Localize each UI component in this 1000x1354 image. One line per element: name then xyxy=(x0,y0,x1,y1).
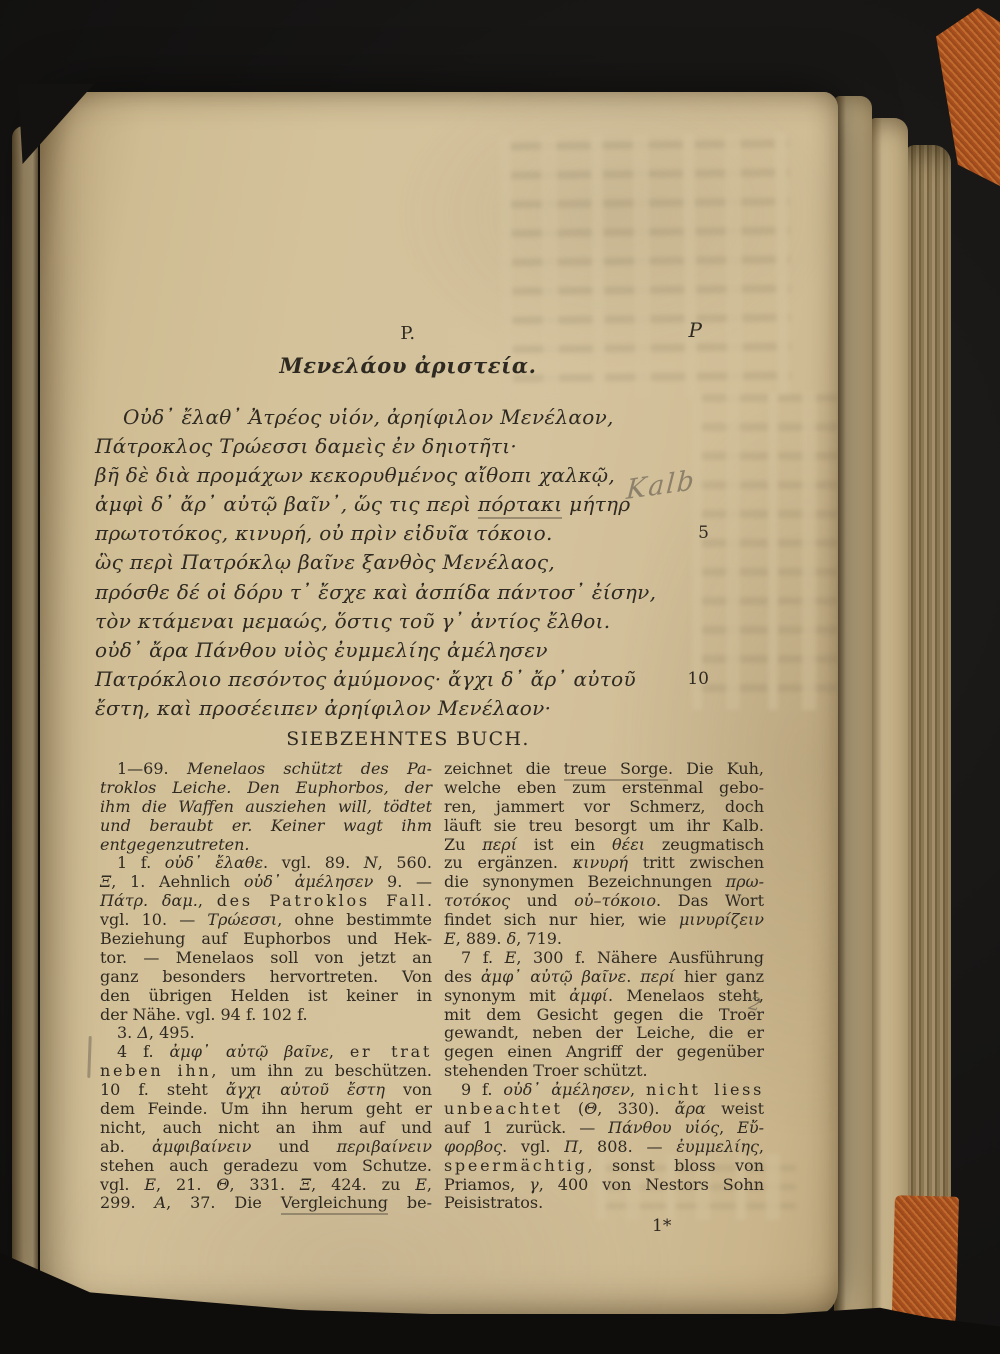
text-segment: 299. xyxy=(100,1193,155,1212)
text-segment: A xyxy=(155,1193,167,1212)
text-segment: φορβος xyxy=(444,1137,502,1156)
text-segment: 9. — xyxy=(373,872,432,891)
text-line: stehen auch geradezu vom Schutze. xyxy=(100,1157,432,1176)
text-segment: , 21. xyxy=(156,1175,216,1194)
text-segment: der Nähe. vgl. 94 f. 102 f. xyxy=(100,1005,308,1024)
text-segment: Πάνθου υἱός xyxy=(608,1118,719,1137)
book-letter-right: P xyxy=(689,318,702,342)
text-line: mit dem Gesicht gegen die Troer xyxy=(444,1006,764,1025)
text-segment: ἔστη, καὶ προσέειπεν ἀρηίφιλον Μενέλαον· xyxy=(95,696,551,720)
running-head: P. P xyxy=(100,323,716,344)
text-segment: ren, jammert vor Schmerz, doch xyxy=(444,797,764,816)
text-line: Πάτρ. δαμ., des Patroklos Fall. xyxy=(100,892,432,911)
text-segment: μινυρίζειν xyxy=(679,910,764,929)
text-segment: unbeachtet xyxy=(444,1099,563,1118)
text-segment: hier ganz xyxy=(675,967,764,986)
text-segment: tritt zwischen xyxy=(628,853,764,872)
text-line: findet sich nur hier, wie μινυρίζειν xyxy=(444,911,764,930)
text-line: οὐδ᾽ ἄρα Πάνθου υἱὸς ἐυμμελίης ἀμέλησεν xyxy=(95,636,715,665)
text-line: ab. ἀμφιβαίνειν und περιβαίνειν xyxy=(100,1138,432,1157)
text-segment: welche eben zum erstenmal gebo- xyxy=(444,778,764,797)
text-line: speermächtig, sonst bloss von xyxy=(444,1157,764,1176)
text-segment: nicht liess xyxy=(646,1080,764,1099)
book-letter-center: P. xyxy=(100,323,716,344)
text-line: troklos Leiche. Den Euphorbos, der xyxy=(100,779,432,798)
text-segment: . Die Kuh, xyxy=(668,759,764,778)
text-line: zeichnet die treue Sorge. Die Kuh, xyxy=(444,760,764,779)
text-line: ἔστη, καὶ προσέειπεν ἀρηίφιλον Μενέλαον· xyxy=(95,694,715,723)
book-page: P. P Μενελάου ἀριστεία. Οὐδ᾽ ἔλαθ᾽ Ἀτρέο… xyxy=(40,92,838,1314)
text-segment: . Das Wort xyxy=(656,891,764,910)
text-segment: , xyxy=(719,1118,737,1137)
text-segment: weist xyxy=(706,1099,764,1118)
text-line: ἀμφὶ δ᾽ ἄρ᾽ αὐτῷ βαῖν᾽, ὥς τις περὶ πόρτ… xyxy=(95,490,715,519)
text-segment: περί xyxy=(640,967,675,986)
text-line: ren, jammert vor Schmerz, doch xyxy=(444,798,764,817)
text-segment: die synonymen Bezeichnungen xyxy=(444,872,726,891)
commentary-left-column: 1—69. Menelaos schützt des Pa-troklos Le… xyxy=(100,760,432,1213)
greek-verse-block: Οὐδ᾽ ἔλαθ᾽ Ἀτρέος υἱόν, ἀρηίφιλον Μενέλα… xyxy=(95,403,715,723)
text-line: Πατρόκλοιο πεσόντος ἀμύμονος· ἄγχι δ᾽ ἄρ… xyxy=(95,665,715,694)
text-line: Πάτροκλος Τρώεσσι δαμεὶς ἐν δηιοτῆτι· xyxy=(95,432,715,461)
page-stack-fore-edge xyxy=(905,145,951,1350)
poem-title: Μενελάου ἀριστεία. xyxy=(100,353,716,378)
text-line: Ξ, 1. Aehnlich οὐδ᾽ ἀμέλησεν 9. — xyxy=(100,873,432,892)
text-segment: speermächtig xyxy=(444,1156,587,1175)
text-segment: οὐδ᾽ ἀμέλησεν xyxy=(244,872,373,891)
text-segment: , xyxy=(198,891,217,910)
text-segment: des Patroklos Fall xyxy=(217,891,427,910)
text-line: 1 f. οὐδ᾽ ἔλαθε. vgl. 89. N, 560. xyxy=(100,854,432,873)
text-segment: τὸν κτάμεναι μεμαώς, ὅστις τοῦ γ᾽ ἀντίος… xyxy=(95,609,610,633)
text-segment: Peisistratos. xyxy=(444,1193,543,1212)
text-segment: , 560. xyxy=(378,853,432,872)
text-segment: Οὐδ᾽ ἔλαθ᾽ Ἀτρέος υἱόν, ἀρηίφιλον Μενέλα… xyxy=(123,405,614,429)
text-segment: mit dem Gesicht gegen die Troer xyxy=(444,1005,764,1024)
text-line: Οὐδ᾽ ἔλαθ᾽ Ἀτρέος υἱόν, ἀρηίφιλον Μενέλα… xyxy=(95,403,715,432)
text-line: ganz besonders hervortreten. Von xyxy=(100,968,432,987)
text-segment: 9 f. xyxy=(461,1080,503,1099)
text-line: ὣς περὶ Πατρόκλῳ βαῖνε ξανθὸς Μενέλαος, xyxy=(95,548,715,577)
text-segment: Π xyxy=(564,1137,578,1156)
text-segment: zu ergänzen. xyxy=(444,853,573,872)
text-segment: ganz besonders hervortreten. Von xyxy=(100,967,432,986)
text-line: τοτόκος und οὐ–τόκοιο. Das Wort xyxy=(444,892,764,911)
text-line: zu ergänzen. κινυρή tritt zwischen xyxy=(444,854,764,873)
text-line: 9 f. οὐδ᾽ ἀμέλησεν, nicht liess xyxy=(444,1081,764,1100)
text-segment: E xyxy=(505,948,517,967)
text-line: gewandt, neben der Leiche, die er xyxy=(444,1024,764,1043)
text-segment: 1 f. xyxy=(117,853,165,872)
text-segment: läuft sie treu besorgt um ihr Kalb. xyxy=(444,816,764,835)
left-page-edge xyxy=(12,126,38,1298)
text-line: 4 f. ἀμφ᾽ αὐτῷ βαῖνε, er trat xyxy=(100,1043,432,1062)
text-segment: vgl. xyxy=(100,1175,144,1194)
pencil-margin-stroke xyxy=(87,1036,91,1078)
text-segment: Beziehung auf Euphorbos und Hek- xyxy=(100,929,432,948)
text-segment: πρω- xyxy=(726,872,764,891)
text-segment: οὐ–τόκοιο xyxy=(574,891,656,910)
text-segment: ἀμφ᾽ αὐτῷ βαῖνε xyxy=(481,967,626,986)
text-segment: , sonst bloss von xyxy=(587,1156,764,1175)
text-segment: , 330). xyxy=(597,1099,675,1118)
text-segment: , 400 von Nestors Sohn xyxy=(539,1175,764,1194)
text-line: nicht, auch nicht an ihm auf und xyxy=(100,1119,432,1138)
text-segment: zeichnet die xyxy=(444,759,564,778)
text-segment: , 331. xyxy=(229,1175,299,1194)
text-segment: ἐυμμελίης xyxy=(676,1137,759,1156)
text-line: 3. Δ, 495. xyxy=(100,1024,432,1043)
text-segment: Εὔ- xyxy=(737,1118,764,1137)
text-segment: περί xyxy=(482,835,517,854)
text-segment: und xyxy=(251,1137,336,1156)
text-segment: ἄγχι αὐτοῦ ἔστη xyxy=(226,1080,385,1099)
text-segment: θέει xyxy=(612,835,645,854)
text-segment: be- xyxy=(388,1193,432,1212)
text-line: synonym mit ἀμφί. Menelaos steht, xyxy=(444,987,764,1006)
text-line: Peisistratos. xyxy=(444,1194,764,1213)
text-segment: τοτόκος xyxy=(444,891,510,910)
text-segment: , 808. — xyxy=(578,1137,676,1156)
text-segment: neben ihn, xyxy=(100,1061,219,1080)
text-segment: 3. xyxy=(117,1023,137,1042)
text-line: E, 889. δ, 719. xyxy=(444,930,764,949)
text-segment: vgl. 10. — xyxy=(100,910,207,929)
text-segment: gewandt, neben der Leiche, die er xyxy=(444,1023,764,1042)
text-segment: περιβαίνειν xyxy=(337,1137,432,1156)
text-segment: κινυρή xyxy=(573,853,628,872)
text-line: die synonymen Bezeichnungen πρω- xyxy=(444,873,764,892)
text-segment: synonym mit xyxy=(444,986,569,1005)
text-segment: troklos Leiche. Den Euphorbos, der xyxy=(100,778,432,797)
section-heading: SIEBZEHNTES BUCH. xyxy=(100,728,716,750)
text-line: 299. A, 37. Die Vergleichung be- xyxy=(100,1194,432,1213)
text-segment: auf 1 zurück. — xyxy=(444,1118,608,1137)
text-segment: und xyxy=(510,891,574,910)
text-segment: 4 f. xyxy=(117,1042,169,1061)
text-segment: ἄρα xyxy=(675,1099,706,1118)
text-segment: ist ein xyxy=(517,835,612,854)
text-segment: βῆ δὲ διὰ προμάχων κεκορυθμένος αἴθοπι χ… xyxy=(95,463,615,487)
text-line: entgegenzutreten. xyxy=(100,836,432,855)
text-segment: μήτηρ xyxy=(562,492,630,516)
text-line: Priamos, γ, 400 von Nestors Sohn xyxy=(444,1176,764,1195)
text-line: πρόσθε δέ οἱ δόρυ τ᾽ ἔσχε καὶ ἀσπίδα πάν… xyxy=(95,578,715,607)
text-segment: δ xyxy=(507,929,517,948)
text-line: der Nähe. vgl. 94 f. 102 f. xyxy=(100,1006,432,1025)
text-segment: 1—69. xyxy=(117,759,187,778)
text-segment: und beraubt er. Keiner wagt ihm xyxy=(100,816,432,835)
text-line: 1—69. Menelaos schützt des Pa- xyxy=(100,760,432,779)
text-segment: οὐδ᾽ ἄρα Πάνθου υἱὸς ἐυμμελίης ἀμέλησεν xyxy=(95,638,548,662)
text-segment: πρωτοτόκος, κινυρή, οὐ πρὶν εἰδυῖα τόκοι… xyxy=(95,521,553,545)
text-segment: Priamos, xyxy=(444,1175,529,1194)
text-line: stehenden Troer schützt. xyxy=(444,1062,764,1081)
text-segment: gegen einen Angriff der gegenüber xyxy=(444,1042,764,1061)
text-segment: ὣς περὶ Πατρόκλῳ βαῖνε ξανθὸς Μενέλαος, xyxy=(95,550,555,574)
text-segment: Τρώεσσι xyxy=(207,910,277,929)
text-segment: οὐδ᾽ ἀμέλησεν xyxy=(503,1080,630,1099)
text-segment: nicht, auch nicht an ihm auf und xyxy=(100,1118,432,1137)
text-segment: findet sich nur hier, wie xyxy=(444,910,679,929)
text-segment: ἀμφιβαίνειν xyxy=(152,1137,251,1156)
text-segment: ihm die Waffen ausziehen will, tödtet xyxy=(100,797,432,816)
sheet-signature: 1* xyxy=(652,1216,671,1236)
text-line: Zu περί ist ein θέει zeugmatisch xyxy=(444,836,764,855)
text-segment: ἀμφ᾽ αὐτῷ βαῖνε xyxy=(169,1042,328,1061)
text-segment: entgegenzutreten. xyxy=(100,835,250,854)
text-line: des ἀμφ᾽ αὐτῷ βαῖνε. περί hier ganz xyxy=(444,968,764,987)
text-segment: . xyxy=(427,891,432,910)
text-segment: ἀμφί xyxy=(569,986,608,1005)
text-line: gegen einen Angriff der gegenüber xyxy=(444,1043,764,1062)
text-segment: E xyxy=(444,929,456,948)
text-segment: 7 f. xyxy=(461,948,505,967)
text-segment: Ξ xyxy=(300,1175,311,1194)
text-segment: . xyxy=(626,967,640,986)
text-line: 10 f. steht ἄγχι αὐτοῦ ἔστη von xyxy=(100,1081,432,1100)
text-segment: N xyxy=(364,853,378,872)
text-line: βῆ δὲ διὰ προμάχων κεκορυθμένος αἴθοπι χ… xyxy=(95,461,715,490)
book-photo: P. P Μενελάου ἀριστεία. Οὐδ᾽ ἔλαθ᾽ Ἀτρέο… xyxy=(0,0,1000,1354)
text-line: läuft sie treu besorgt um ihr Kalb. xyxy=(444,817,764,836)
text-line: vgl. 10. — Τρώεσσι, ohne bestimmte xyxy=(100,911,432,930)
text-line: vgl. E, 21. Θ, 331. Ξ, 424. zu E, xyxy=(100,1176,432,1195)
text-line: auf 1 zurück. — Πάνθου υἱός, Εὔ- xyxy=(444,1119,764,1138)
text-segment: , xyxy=(759,1137,764,1156)
text-segment: , 1. Aehnlich xyxy=(111,872,244,891)
text-segment: , ohne bestimmte xyxy=(277,910,432,929)
text-segment: Πάτρ. δαμ. xyxy=(100,891,198,910)
text-segment: . Menelaos steht, xyxy=(608,986,764,1005)
page-stack-edge-outer xyxy=(868,118,908,1346)
text-segment: Ξ xyxy=(100,872,111,891)
text-segment: er trat xyxy=(350,1042,432,1061)
text-line: Beziehung auf Euphorbos und Hek- xyxy=(100,930,432,949)
text-line: τὸν κτάμεναι μεμαώς, ὅστις τοῦ γ᾽ ἀντίος… xyxy=(95,607,715,636)
text-line: unbeachtet (Θ, 330). ἄρα weist xyxy=(444,1100,764,1119)
text-segment: , xyxy=(427,1175,432,1194)
text-segment: Πατρόκλοιο πεσόντος ἀμύμονος· ἄγχι δ᾽ ἄρ… xyxy=(95,667,636,691)
text-segment: , xyxy=(329,1042,350,1061)
text-segment: 10 f. steht xyxy=(100,1080,226,1099)
text-segment: den übrigen Helden ist keiner in xyxy=(100,986,432,1005)
text-segment: , 889. xyxy=(456,929,507,948)
text-line: πρωτοτόκος, κινυρή, οὐ πρὶν εἰδυῖα τόκοι… xyxy=(95,519,715,548)
text-segment: stehenden Troer schützt. xyxy=(444,1061,648,1080)
text-segment: , 424. zu xyxy=(311,1175,415,1194)
text-segment: Πάτροκλος Τρώεσσι δαμεὶς ἐν δηιοτῆτι· xyxy=(95,434,517,458)
text-segment: πρόσθε δέ οἱ δόρυ τ᾽ ἔσχε καὶ ἀσπίδα πάν… xyxy=(95,580,656,604)
text-line: φορβος. vgl. Π, 808. — ἐυμμελίης, xyxy=(444,1138,764,1157)
text-segment: ( xyxy=(563,1099,585,1118)
text-segment: des xyxy=(444,967,481,986)
text-segment: , 719. xyxy=(516,929,562,948)
text-segment: Θ xyxy=(216,1175,229,1194)
verse-line-number: 10 xyxy=(687,665,709,694)
text-segment: dem Feinde. Um ihn herum geht er xyxy=(100,1099,432,1118)
pencil-underlined-text: πόρτακι xyxy=(478,492,563,519)
text-segment: von xyxy=(385,1080,432,1099)
text-segment: , 300 f. Nähere Ausführung xyxy=(516,948,764,967)
text-line: welche eben zum erstenmal gebo- xyxy=(444,779,764,798)
text-segment: ab. xyxy=(100,1137,152,1156)
text-line: und beraubt er. Keiner wagt ihm xyxy=(100,817,432,836)
text-line: neben ihn, um ihn zu beschützen. xyxy=(100,1062,432,1081)
text-segment: Θ xyxy=(584,1099,597,1118)
text-segment: . vgl. xyxy=(502,1137,564,1156)
text-segment: E xyxy=(415,1175,427,1194)
text-segment: Menelaos schützt des Pa- xyxy=(187,759,432,778)
text-segment: tor. — Menelaos soll von jetzt an xyxy=(100,948,432,967)
verse-line-number: 5 xyxy=(698,519,709,548)
text-segment: γ xyxy=(529,1175,539,1194)
text-segment: , 37. Die xyxy=(166,1193,281,1212)
text-line: tor. — Menelaos soll von jetzt an xyxy=(100,949,432,968)
text-segment: . vgl. 89. xyxy=(263,853,364,872)
text-segment: zeugmatisch xyxy=(645,835,764,854)
text-segment: , xyxy=(630,1080,646,1099)
text-line: ihm die Waffen ausziehen will, tödtet xyxy=(100,798,432,817)
text-segment: Zu xyxy=(444,835,482,854)
text-line: 7 f. E, 300 f. Nähere Ausführung xyxy=(444,949,764,968)
text-segment: , 495. xyxy=(149,1023,195,1042)
pencil-underlined-text: Vergleichung xyxy=(281,1193,388,1215)
text-segment: οὐδ᾽ ἔλαθε xyxy=(165,853,263,872)
text-segment: ἀμφὶ δ᾽ ἄρ᾽ αὐτῷ βαῖν᾽, ὥς τις περὶ xyxy=(95,492,478,516)
text-line: den übrigen Helden ist keiner in xyxy=(100,987,432,1006)
text-segment: E xyxy=(144,1175,156,1194)
text-segment: Δ xyxy=(137,1023,149,1042)
page-stack-edge-inner xyxy=(834,96,872,1336)
commentary-right-column: zeichnet die treue Sorge. Die Kuh,welche… xyxy=(444,760,764,1213)
text-segment: um ihn zu beschützen. xyxy=(219,1061,432,1080)
text-segment: stehen auch geradezu vom Schutze. xyxy=(100,1156,432,1175)
text-line: dem Feinde. Um ihn herum geht er xyxy=(100,1100,432,1119)
